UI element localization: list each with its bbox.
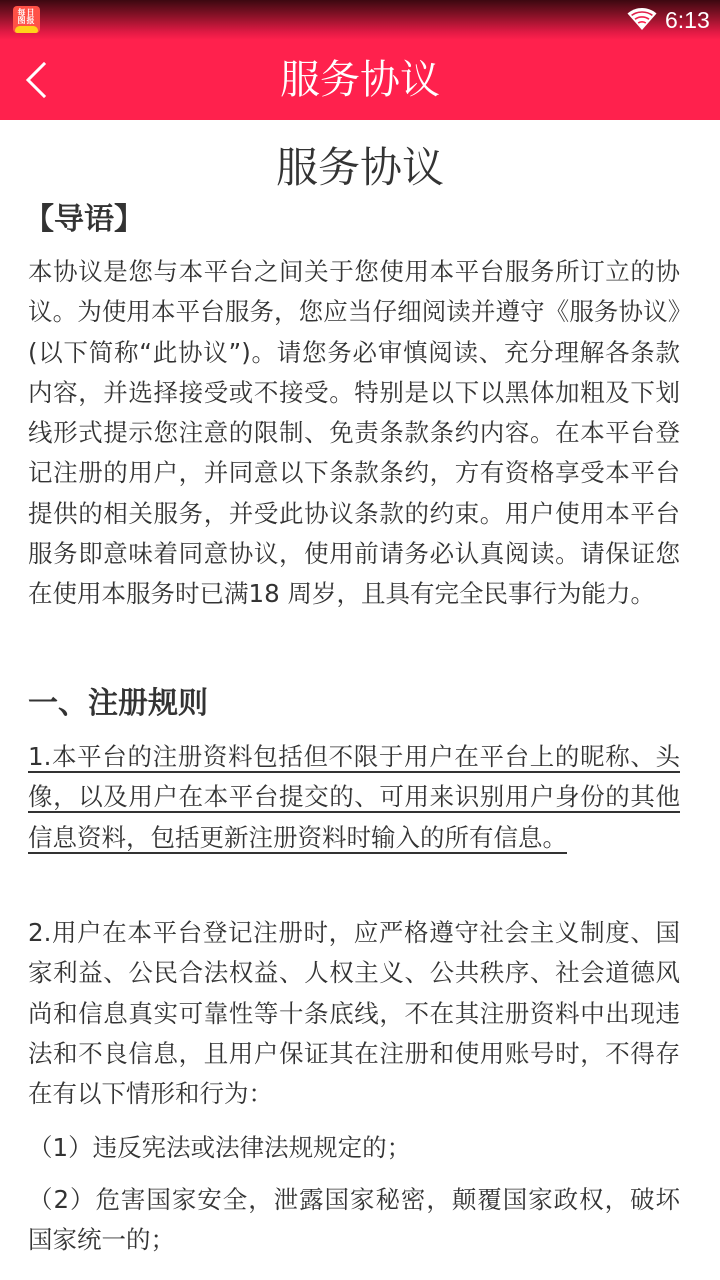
status-clock: 6:13 xyxy=(665,5,710,35)
intro-heading: 【导语】 xyxy=(24,200,144,240)
rule-item-1: 1.本平台的注册资料包括但不限于用户在平台上的昵称、头像，以及用户在本平台提交的… xyxy=(28,737,680,858)
wifi-icon xyxy=(627,7,657,31)
status-bar: 每日 图报 6:13 xyxy=(0,0,720,40)
section-heading-registration-rules: 一、注册规则 xyxy=(28,684,208,724)
chevron-left-icon xyxy=(24,62,48,98)
rule-sub-item-2: （2）危害国家安全，泄露国家秘密，颠覆国家政权，破坏国家统一的； xyxy=(28,1180,680,1261)
rule-item-2: 2.用户在本平台登记注册时，应严格遵守社会主义制度、国家利益、公民合法权益、人权… xyxy=(28,913,680,1114)
rule-sub-item-1: （1）违反宪法或法律法规规定的； xyxy=(28,1128,680,1168)
page-title: 服务协议 xyxy=(0,40,720,120)
app-icon-base xyxy=(15,26,38,33)
app-header: 服务协议 xyxy=(0,40,720,120)
document-title: 服务协议 xyxy=(0,140,720,196)
app-notification-icon: 每日 图报 xyxy=(13,6,40,33)
app-icon-label: 每日 图报 xyxy=(16,9,37,25)
intro-paragraph: 本协议是您与本平台之间关于您使用本平台服务所订立的协议。为使用本平台服务，您应当… xyxy=(28,252,680,615)
back-button[interactable] xyxy=(14,54,58,106)
